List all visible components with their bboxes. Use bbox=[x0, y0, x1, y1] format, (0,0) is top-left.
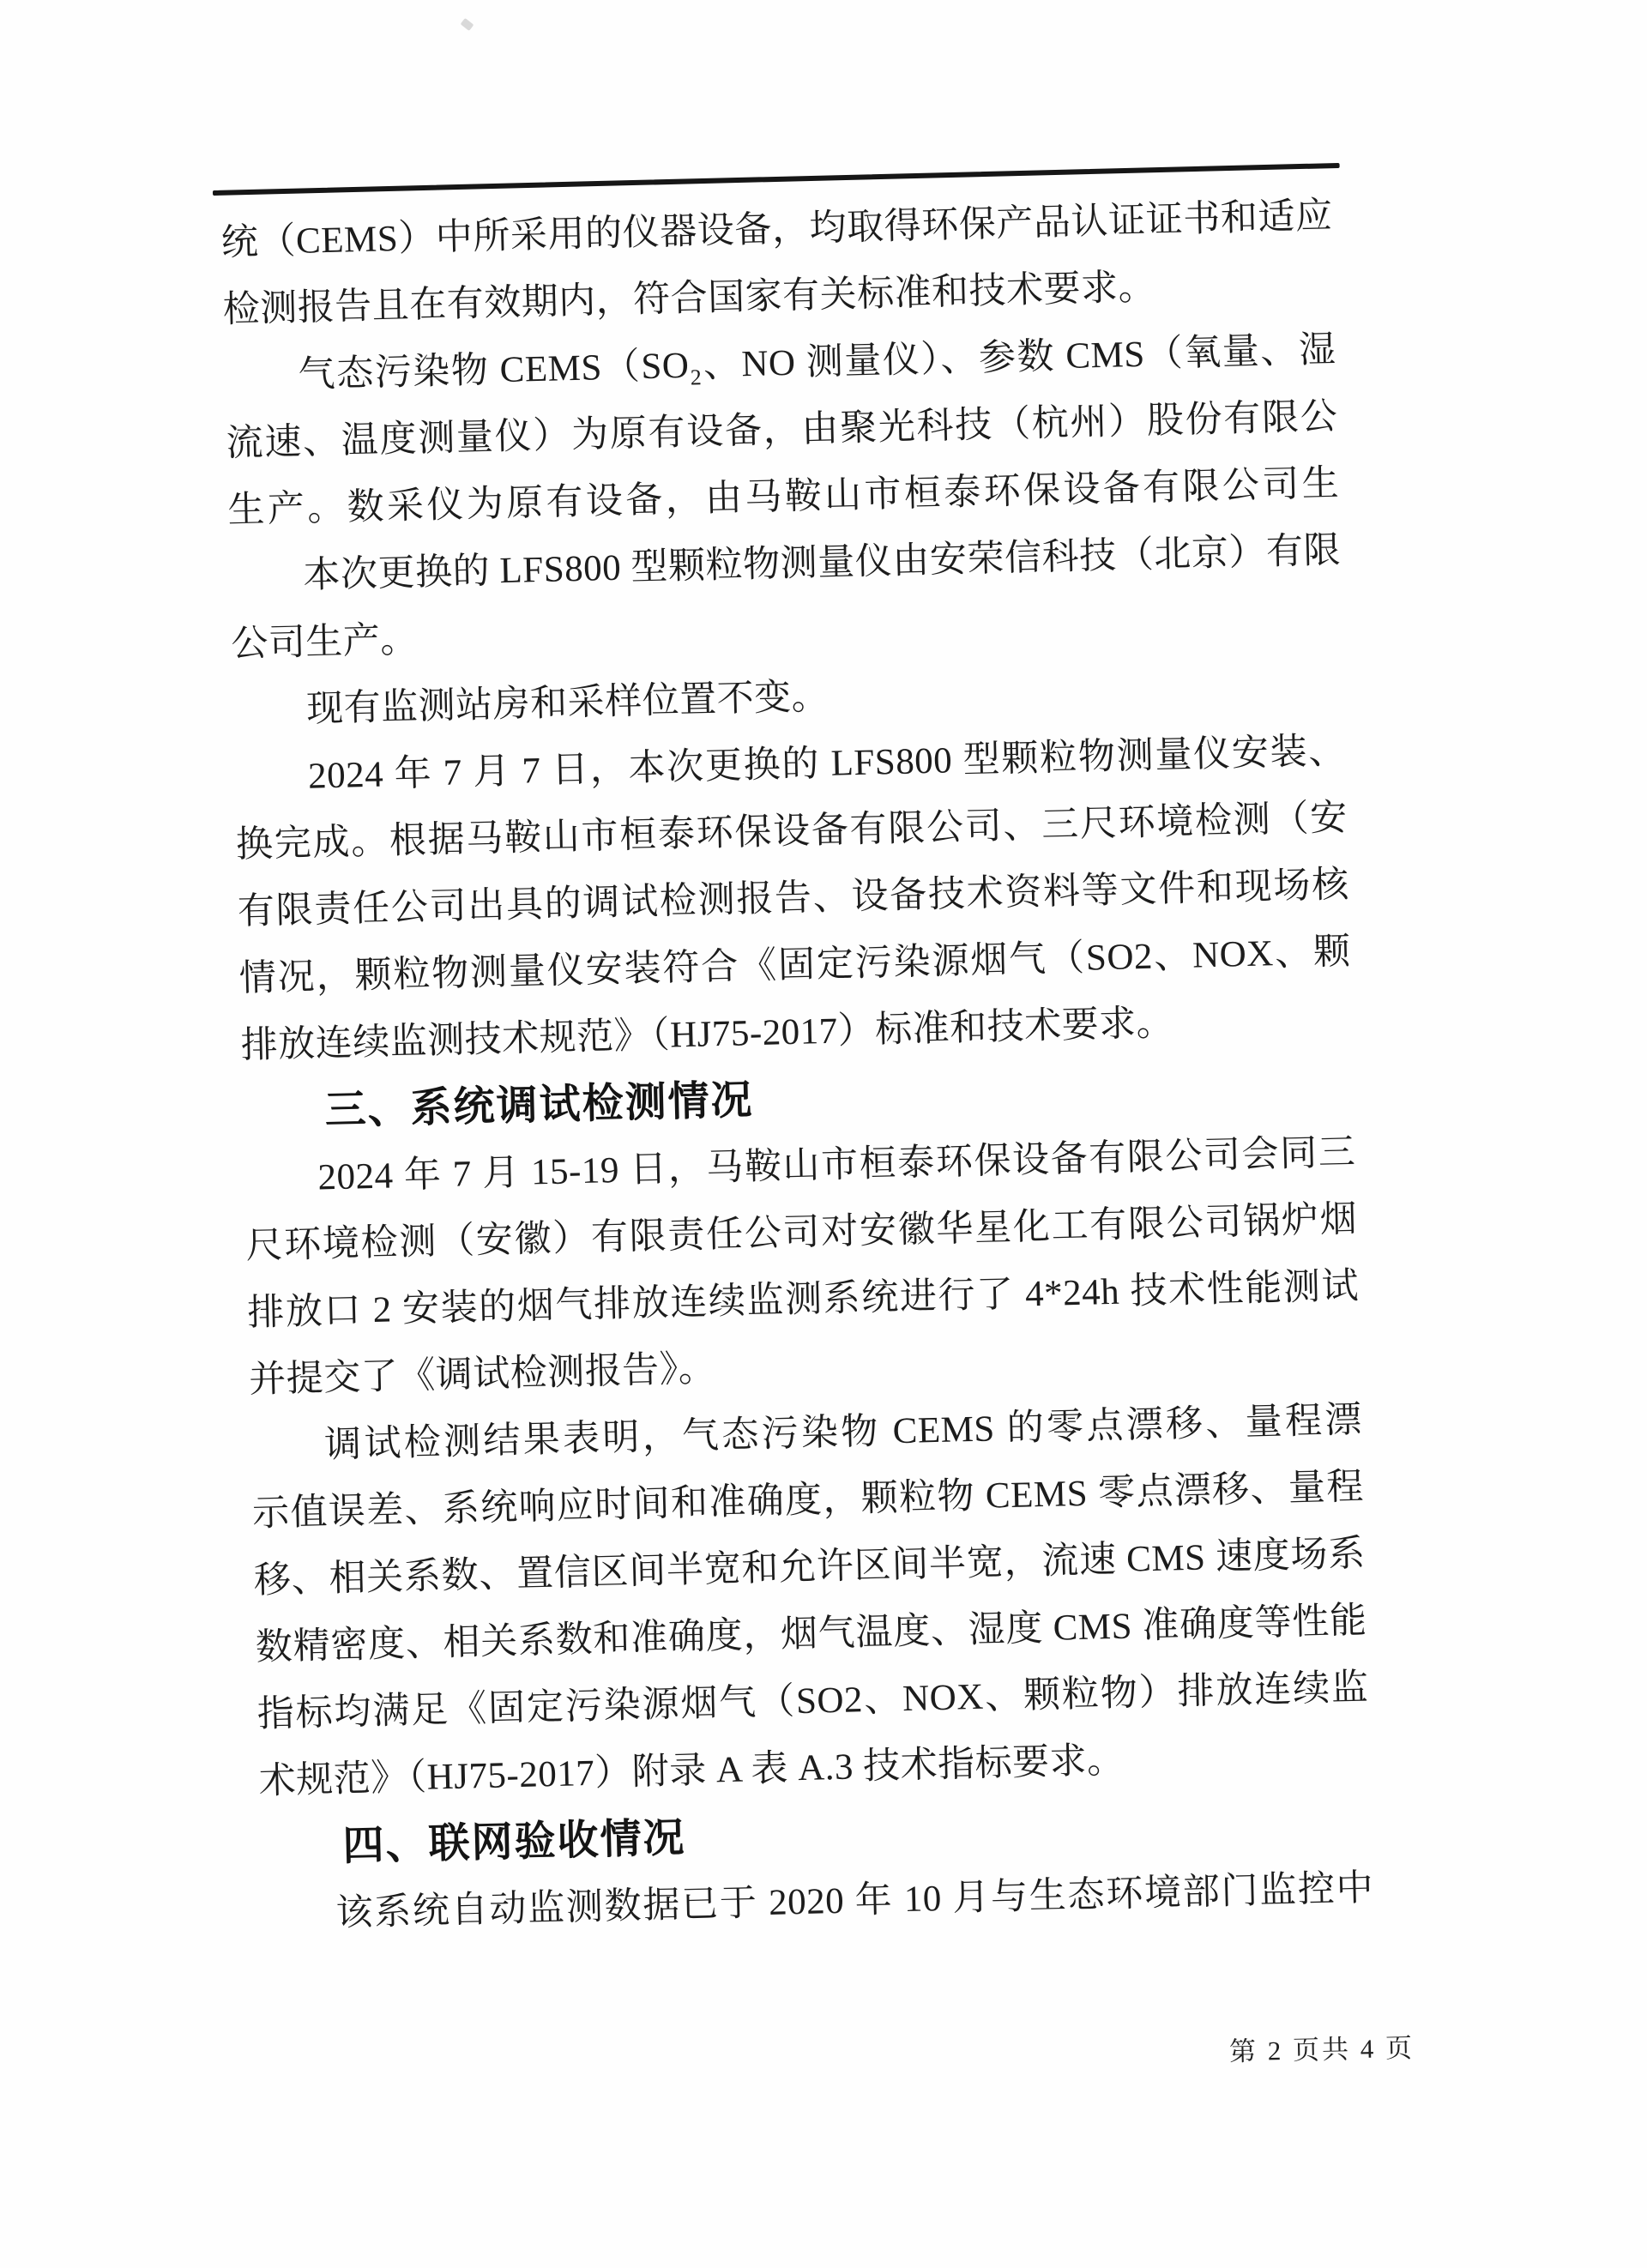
scanned-document-page: 统（CEMS）中所采用的仪器设备，均取得环保产品认证证书和适应性 检测报告且在有… bbox=[0, 0, 1647, 2268]
scan-artifact-speck bbox=[461, 18, 474, 31]
document-body: 统（CEMS）中所采用的仪器设备，均取得环保产品认证证书和适应性 检测报告且在有… bbox=[220, 183, 1374, 1949]
page-number: 第 2 页共 4 页 bbox=[1228, 2024, 1415, 2077]
